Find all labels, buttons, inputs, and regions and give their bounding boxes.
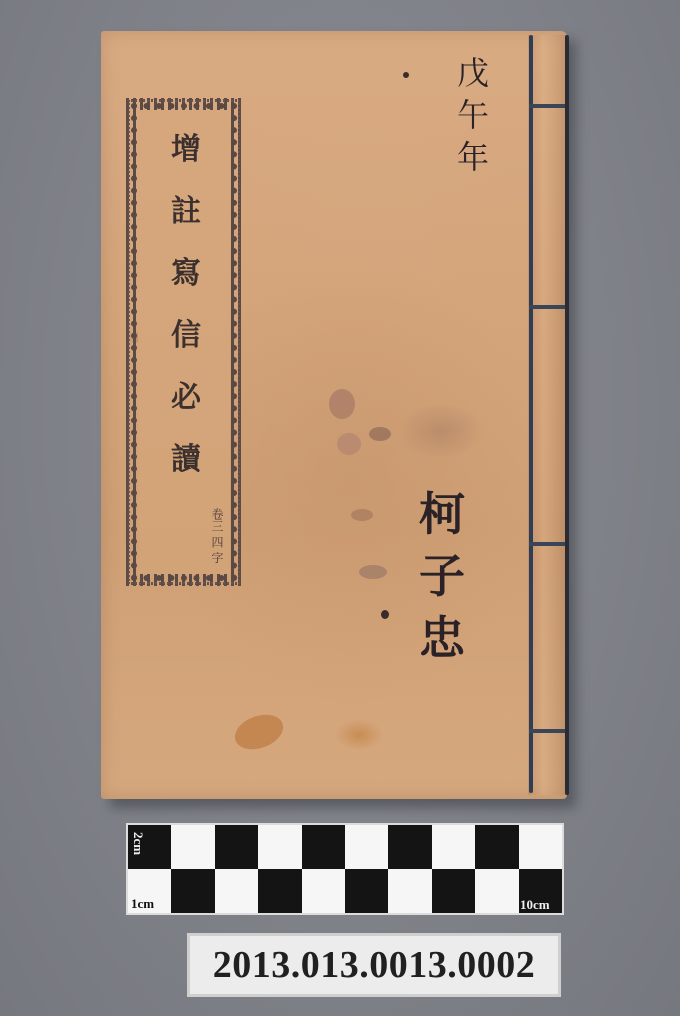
scale-label-1cm: 1cm [131, 896, 154, 912]
name-char: 柯 [419, 487, 465, 541]
stain [351, 509, 373, 521]
volume-note: 卷三 四 字 [196, 508, 224, 564]
title-char: 註 [171, 194, 201, 230]
ink-dot [381, 610, 389, 619]
year-char: 戊 [457, 53, 489, 93]
stain [369, 427, 391, 441]
handwritten-year: 戊 午 年 [457, 53, 489, 177]
name-char: 子 [419, 549, 465, 603]
catalog-number: 2013.013.0013.0002 [213, 943, 536, 987]
title-char: 必 [171, 380, 201, 416]
book-right-edge [565, 35, 569, 795]
title-char: 寫 [171, 256, 201, 292]
book-cover: 增 註 寫 信 必 讀 卷三 四 字 戊 午 年 柯 子 忠 [101, 31, 567, 799]
stain [337, 433, 361, 455]
scale-label-10cm: 10cm [520, 897, 550, 913]
stain [230, 708, 288, 755]
name-char: 忠 [419, 611, 465, 665]
title-label: 增 註 寫 信 必 讀 卷三 四 字 [126, 98, 242, 586]
binding-stitch [529, 542, 567, 546]
stain [359, 565, 387, 579]
title-char: 信 [171, 318, 201, 354]
binding-stitch [529, 729, 567, 733]
artifact-photo: 增 註 寫 信 必 讀 卷三 四 字 戊 午 年 柯 子 忠 [0, 0, 680, 1016]
handwritten-owner-name: 柯 子 忠 [419, 487, 465, 665]
title-char: 增 [171, 132, 201, 168]
binding-thread [529, 35, 533, 793]
binding-stitch [529, 305, 567, 309]
scale-bar [128, 825, 562, 913]
ink-dot [403, 72, 409, 78]
scale-label-2cm: 2cm [130, 832, 146, 855]
spine-fold [528, 35, 566, 795]
stain [329, 389, 355, 419]
title-text: 增 註 寫 信 必 讀 [164, 132, 208, 478]
year-char: 年 [457, 137, 489, 177]
binding-stitch [529, 104, 567, 108]
catalog-number-label: 2013.013.0013.0002 [190, 936, 558, 994]
year-char: 午 [457, 95, 489, 135]
title-char: 讀 [171, 442, 201, 478]
